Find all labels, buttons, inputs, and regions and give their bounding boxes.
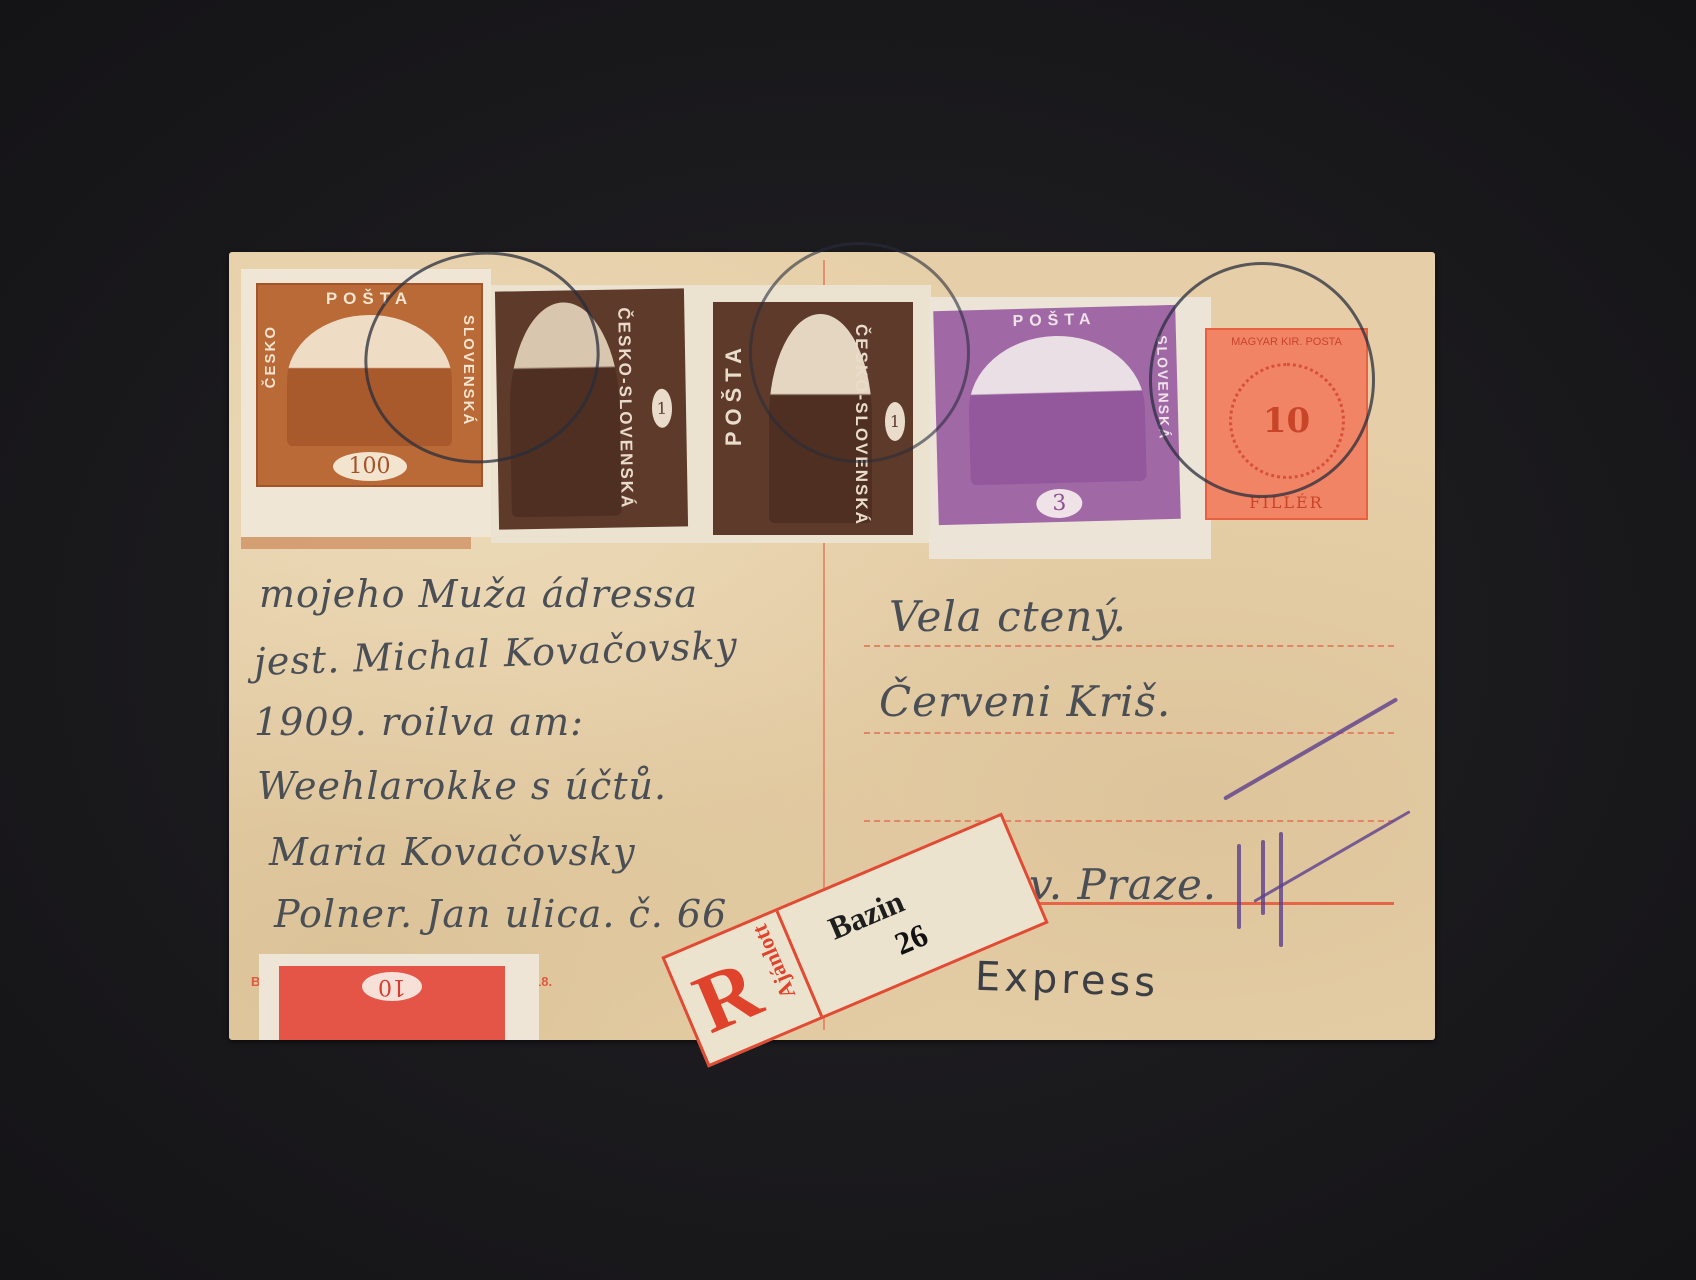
- stamp-value: 10: [362, 972, 422, 1001]
- stamp-left-text: ČESKO: [262, 325, 279, 388]
- purple-crayon-stroke-2: [1253, 810, 1410, 903]
- stamp-hradcany-3: POŠTA 3 SLOVENSKÁ: [933, 305, 1181, 525]
- message-line-4: Weehlarokke s účtů.: [257, 764, 667, 808]
- address-line-2: Červeni Kriš.: [879, 677, 1171, 726]
- stamp-value: 1: [651, 389, 672, 428]
- address-line-1: Vela ctený.: [889, 592, 1127, 641]
- stamp-hradcany-10-bottom: 10: [279, 966, 505, 1040]
- postmark-3: [1149, 262, 1375, 498]
- message-line-5: Maria Kovačovsky: [269, 830, 636, 874]
- stamp-posta-text: POŠTA: [721, 342, 747, 446]
- purple-crayon-tick-1: [1237, 844, 1241, 929]
- purple-crayon-tick-3: [1279, 832, 1283, 947]
- express-annotation: Express: [974, 954, 1160, 1006]
- message-line-3: 1909. roilva am:: [254, 700, 584, 744]
- stamp-value: 100: [333, 452, 407, 481]
- message-line-6: Polner. Jan ulica. č. 66: [274, 892, 727, 936]
- purple-crayon-stroke-1: [1223, 697, 1398, 800]
- purple-crayon-tick-2: [1261, 840, 1265, 915]
- message-line-1: mojeho Muža ádressa: [259, 572, 698, 616]
- stamp-posta-text: POŠTA: [1012, 311, 1096, 331]
- message-line-2: jest. Michal Kovačovsky: [253, 623, 738, 684]
- registration-number: 26: [889, 916, 933, 963]
- castle-scene-icon: [967, 334, 1147, 486]
- stamp-value: 3: [1036, 488, 1083, 518]
- stamp-side-text: ČESKO-SLOVENSKÁ: [613, 307, 637, 509]
- registration-R-letter: R: [683, 947, 772, 1048]
- address-rule-2: [864, 732, 1394, 734]
- address-rule-3: [864, 820, 1394, 822]
- stamp-100-lower-strip: [241, 537, 471, 549]
- address-rule-1: [864, 645, 1394, 647]
